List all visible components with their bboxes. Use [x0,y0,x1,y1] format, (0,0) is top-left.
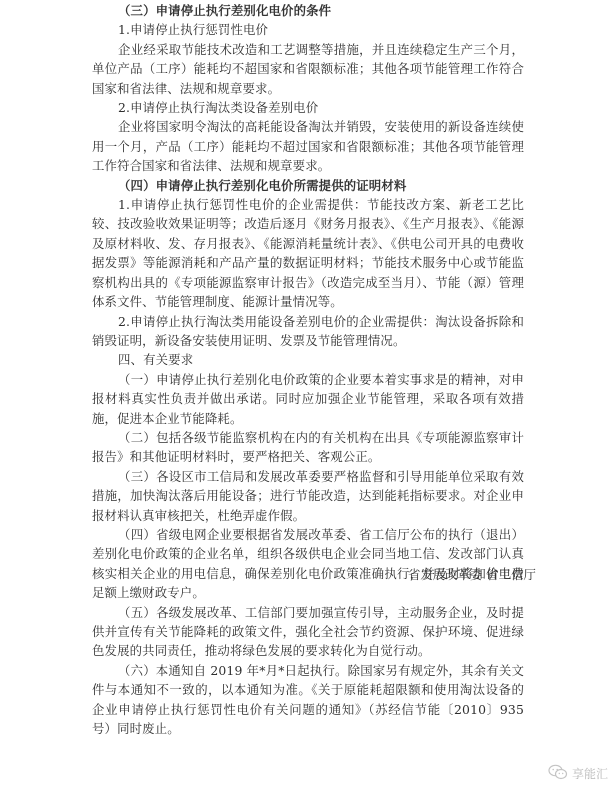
section-heading-conditions: （三）申请停止执行差别化电价的条件 [92,1,524,20]
paragraph: （五）各级发展改革、工信部门要加强宣传引导，主动服务企业，及时提供并宣传有关节能… [92,603,524,661]
signature: 省发展改革委 省工信厅 [408,565,536,584]
watermark-label: 享能汇 [572,765,608,782]
paragraph: （四）省级电网企业要根据省发展改革委、省工信厅公布的执行（退出）差别化电价政策的… [92,525,524,603]
paragraph: （二）包括各级节能监察机构在内的有关机构在出具《专项能源监察审计报告》和其他证明… [92,428,524,467]
wechat-icon [548,764,568,783]
section-heading-materials: （四）申请停止执行差别化电价所需提供的证明材料 [92,176,524,195]
paragraph: （一）申请停止执行差别化电价政策的企业要本着实事求是的精神，对申报材料真实性负责… [92,370,524,428]
subheading-punitive-price: 1.申请停止执行惩罚性电价 [92,20,524,39]
subheading-obsolete-equipment: 2.申请停止执行淘汰类设备差别电价 [92,98,524,117]
paragraph: 2.申请停止执行淘汰类用能设备差别电价的企业需提供：淘汰设备拆除和销毁证明，新设… [92,312,524,351]
paragraph: （三）各设区市工信局和发展改革委要严格监督和引导用能单位采取有效措施，加快淘汰落… [92,467,524,525]
document-body: （三）申请停止执行差别化电价的条件 1.申请停止执行惩罚性电价 企业经采取节能技… [92,1,524,738]
watermark: 享能汇 [548,764,608,783]
paragraph: 1.申请停止执行惩罚性电价的企业需提供：节能技改方案、新老工艺比较、技改验收效果… [92,195,524,311]
paragraph: 企业经采取节能技术改造和工艺调整等措施，并且连续稳定生产三个月，单位产品（工序）… [92,40,524,98]
paragraph: 企业将国家明令淘汰的高耗能设备淘汰并销毁，安装使用的新设备连续使用一个月，产品（… [92,117,524,175]
paragraph: （六）本通知自 2019 年*月*日起执行。除国家另有规定外，其余有关文件与本通… [92,661,524,739]
document-page: （三）申请停止执行差别化电价的条件 1.申请停止执行惩罚性电价 企业经采取节能技… [0,0,616,800]
section-heading-requirements: 四、有关要求 [92,350,524,369]
